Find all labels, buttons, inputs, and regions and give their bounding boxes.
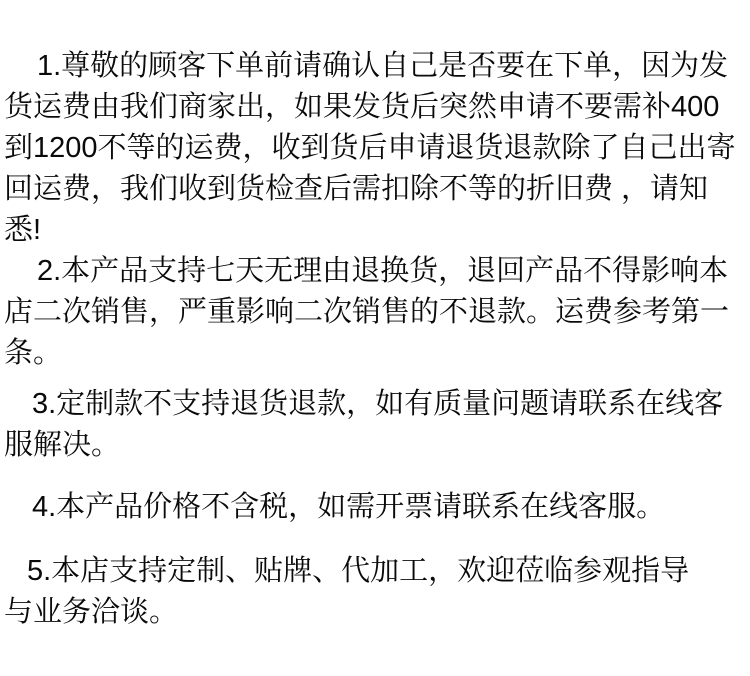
notice-paragraph-3: 3.定制款不支持退货退款，如有质量问题请联系在线客 服解决。 (4, 384, 746, 466)
notice-paragraph-2: 2.本产品支持七天无理由退换货，退回产品不得影响本 店二次销售，严重影响二次销售… (4, 251, 746, 374)
text-line: 与业务洽谈。 (4, 592, 746, 633)
text-line: 4.本产品价格不含税，如需开票请联系在线客服。 (4, 487, 746, 528)
text-line: 回运费，我们收到货检查后需扣除不等的折旧费 ，请知 (4, 169, 746, 210)
text-line: 1.尊敬的顾客下单前请确认自己是否要在下单，因为发 (4, 46, 746, 87)
text-line: 条。 (4, 333, 746, 374)
text-line: 货运费由我们商家出，如果发货后突然申请不要需补400 (4, 87, 746, 128)
notice-paragraph-5: 5.本店支持定制、贴牌、代加工，欢迎莅临参观指导 与业务洽谈。 (4, 551, 746, 633)
store-notice-document: 1.尊敬的顾客下单前请确认自己是否要在下单，因为发 货运费由我们商家出，如果发货… (0, 0, 750, 633)
text-line: 悉! (4, 210, 746, 251)
text-line: 店二次销售，严重影响二次销售的不退款。运费参考第一 (4, 292, 746, 333)
text-line: 3.定制款不支持退货退款，如有质量问题请联系在线客 (4, 384, 746, 425)
notice-paragraph-4: 4.本产品价格不含税，如需开票请联系在线客服。 (4, 487, 746, 528)
text-line: 2.本产品支持七天无理由退换货，退回产品不得影响本 (4, 251, 746, 292)
text-line: 5.本店支持定制、贴牌、代加工，欢迎莅临参观指导 (4, 551, 746, 592)
text-line: 到1200不等的运费，收到货后申请退货退款除了自己出寄 (4, 128, 746, 169)
text-line: 服解决。 (4, 425, 746, 466)
notice-paragraph-1: 1.尊敬的顾客下单前请确认自己是否要在下单，因为发 货运费由我们商家出，如果发货… (4, 46, 746, 251)
